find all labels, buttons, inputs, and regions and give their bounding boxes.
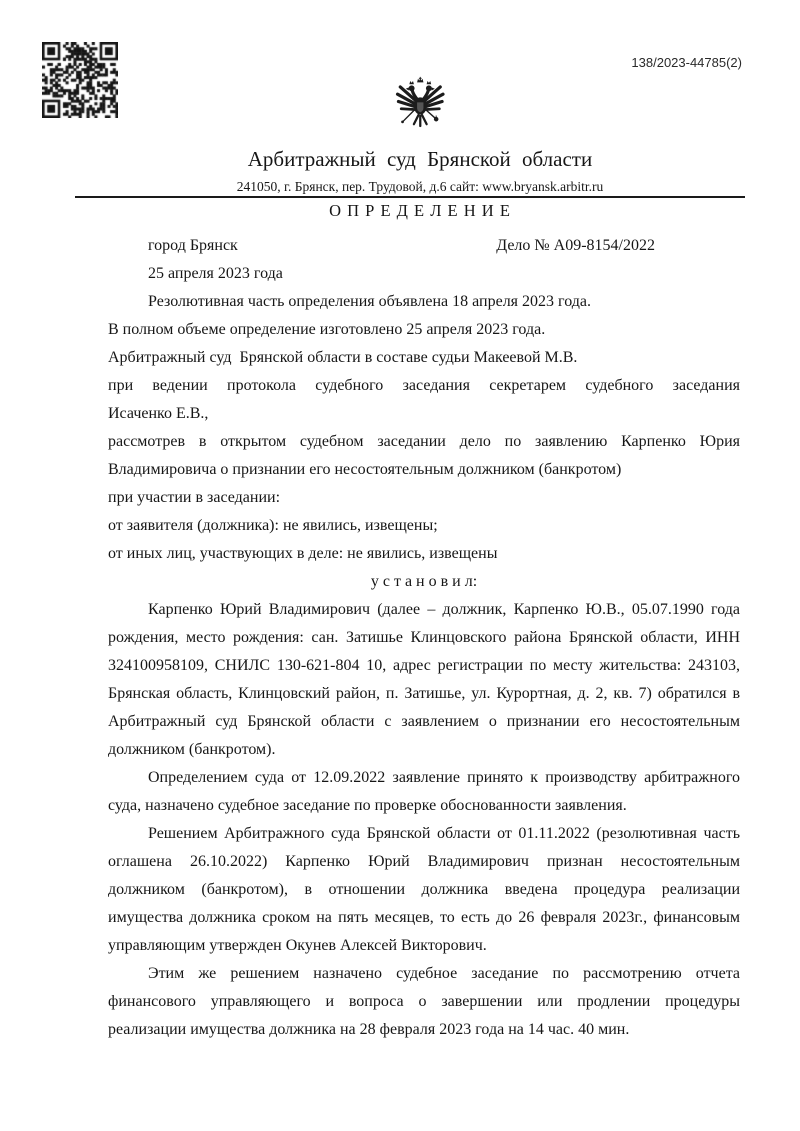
document-line: Решением Арбитражного суда Брянской обла… — [108, 820, 740, 848]
document-line: должником (банкротом). — [108, 736, 740, 764]
document-line: управляющим утвержден Окунев Алексей Вик… — [108, 932, 740, 960]
header-divider — [75, 196, 745, 198]
document-line: 25 апреля 2023 года — [108, 260, 740, 288]
case-number: Дело № А09-8154/2022 — [496, 232, 655, 260]
document-line: рассмотрев в открытом судебном заседании… — [108, 428, 740, 456]
document-line: должником (банкротом), в отношении должн… — [108, 876, 740, 904]
document-line: при ведении протокола судебного заседани… — [108, 372, 740, 400]
document-header: Арбитражный суд Брянской области 241050,… — [90, 76, 750, 195]
document-number: 138/2023-44785(2) — [631, 55, 742, 70]
document-line: 324100958109, СНИЛС 130-621-804 10, адре… — [108, 652, 740, 680]
case-info-row: город Брянск Дело № А09-8154/2022 — [108, 232, 740, 260]
document-line: Арбитражный суд Брянской области в соста… — [108, 344, 740, 372]
document-line: у с т а н о в и л: — [108, 568, 740, 596]
document-line: от заявителя (должника): не явились, изв… — [108, 512, 740, 540]
document-line: Резолютивная часть определения объявлена… — [108, 288, 740, 316]
document-line: от иных лиц, участвующих в деле: не явил… — [108, 540, 740, 568]
coat-of-arms-double-headed-eagle-icon — [393, 76, 448, 136]
document-line: Определением суда от 12.09.2022 заявлени… — [108, 764, 740, 792]
document-line: реализации имущества должника на 28 февр… — [108, 1016, 740, 1044]
document-type-heading: О П Р Е Д Е Л Е Н И Е — [90, 201, 750, 221]
document-line: Исаченко Е.В., — [108, 400, 740, 428]
document-line: оглашена 26.10.2022) Карпенко Юрий Влади… — [108, 848, 740, 876]
document-line: финансового управляющего и вопроса о зав… — [108, 988, 740, 1016]
document-line: Арбитражный суд Брянской области с заявл… — [108, 708, 740, 736]
document-line: Брянская область, Клинцовский район, п. … — [108, 680, 740, 708]
document-body-lines: 25 апреля 2023 годаРезолютивная часть оп… — [108, 260, 740, 1044]
place-line: город Брянск — [108, 232, 238, 260]
document-body: город Брянск Дело № А09-8154/2022 25 апр… — [108, 232, 740, 1044]
court-name: Арбитражный суд Брянской области — [90, 147, 750, 172]
document-line: суда, назначено судебное заседание по пр… — [108, 792, 740, 820]
document-line: при участии в заседании: — [108, 484, 740, 512]
court-address: 241050, г. Брянск, пер. Трудовой, д.6 са… — [90, 179, 750, 195]
document-line: рождения, место рождения: сан. Затишье К… — [108, 624, 740, 652]
document-line: Этим же решением назначено судебное засе… — [108, 960, 740, 988]
document-line: В полном объеме определение изготовлено … — [108, 316, 740, 344]
document-line: имущества должника сроком на пять месяце… — [108, 904, 740, 932]
document-line: Карпенко Юрий Владимирович (далее – долж… — [108, 596, 740, 624]
scanned-court-document-page: { "page": { "background": "#ffffff", "te… — [0, 0, 800, 1131]
document-line: Владимировича о признании его несостояте… — [108, 456, 740, 484]
